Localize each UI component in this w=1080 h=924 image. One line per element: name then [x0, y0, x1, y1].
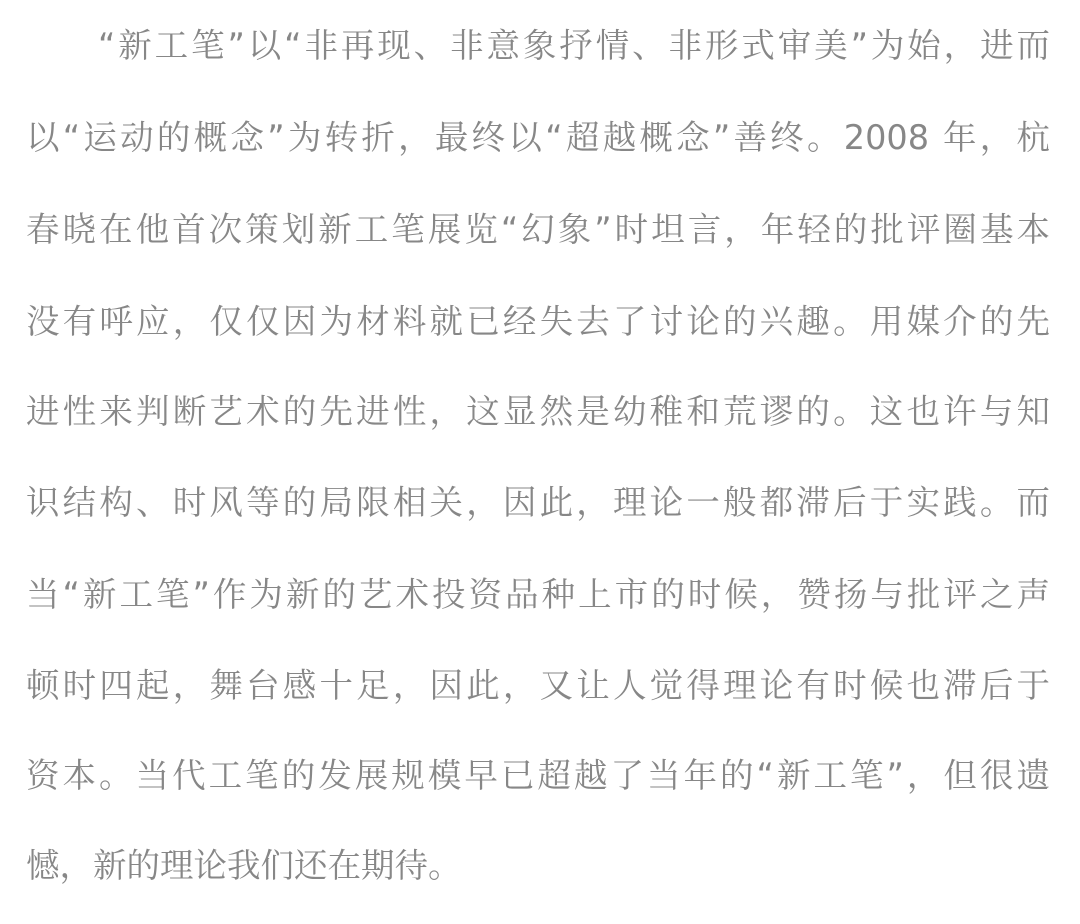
paragraph-line: 资本。当代工笔的发展规模早已超越了当年的“新工笔”，但很遗 [26, 746, 1050, 806]
paragraph-line: 进性来判断艺术的先进性，这显然是幼稚和荒谬的。这也许与知 [26, 382, 1050, 442]
paragraph-line: 憾，新的理论我们还在期待。 [26, 836, 1050, 896]
paragraph-line: “新工笔”以“非再现、非意象抒情、非形式审美”为始，进而 [98, 16, 1050, 76]
paragraph-line: 顿时四起，舞台感十足，因此，又让人觉得理论有时候也滞后于 [26, 656, 1050, 716]
paragraph-line: 没有呼应，仅仅因为材料就已经失去了讨论的兴趣。用媒介的先 [26, 292, 1050, 352]
paragraph-line: 当“新工笔”作为新的艺术投资品种上市的时候，赞扬与批评之声 [26, 565, 1050, 625]
paragraph-line: 识结构、时风等的局限相关，因此，理论一般都滞后于实践。而 [26, 473, 1050, 533]
article-body: “新工笔”以“非再现、非意象抒情、非形式审美”为始，进而 以“运动的概念”为转折… [0, 0, 1080, 924]
paragraph-line: 以“运动的概念”为转折，最终以“超越概念”善终。2008 年，杭 [26, 108, 1050, 168]
paragraph-line: 春晓在他首次策划新工笔展览“幻象”时坦言，年轻的批评圈基本 [26, 200, 1050, 260]
